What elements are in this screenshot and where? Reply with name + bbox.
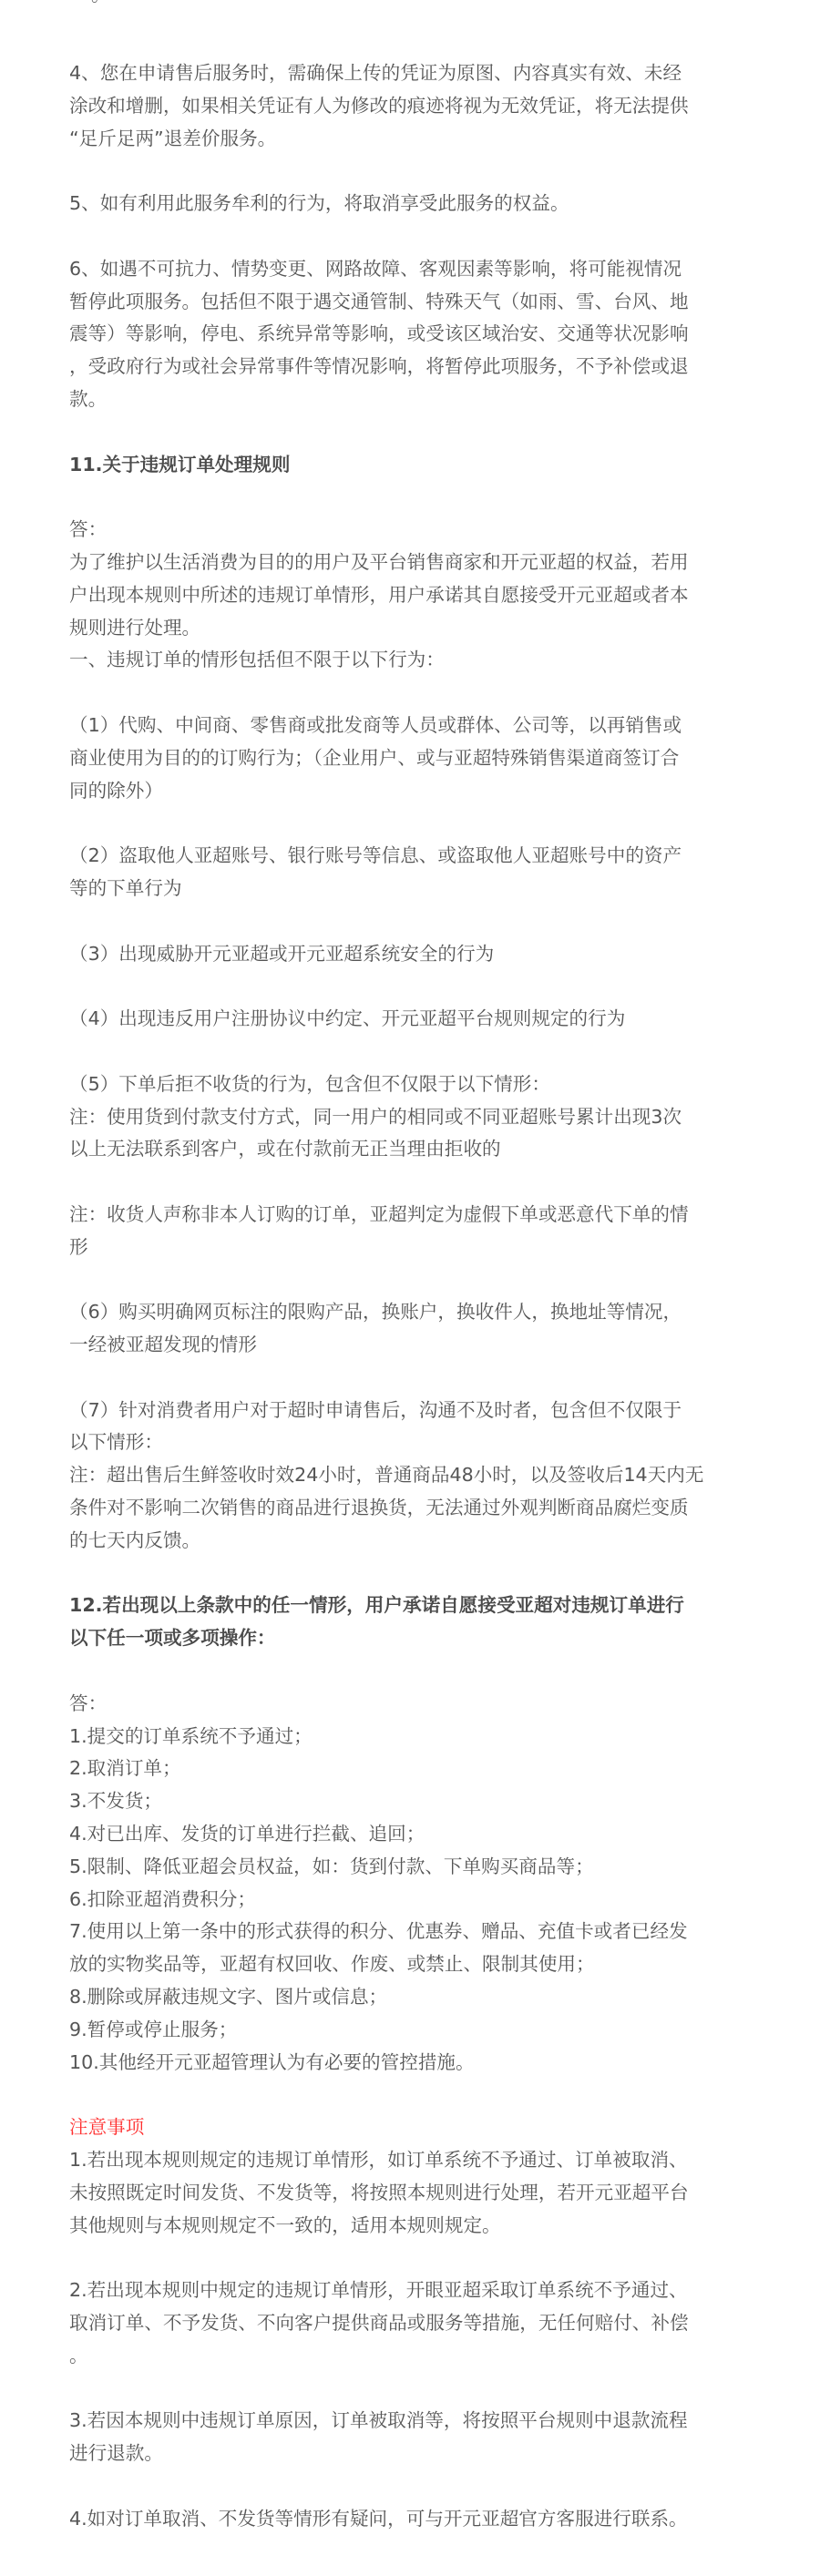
paragraph-line: 8.删除或屏蔽违规文字、图片或信息；: [69, 1981, 762, 2014]
notice-heading: 注意事项: [69, 2111, 762, 2144]
section-heading: 以下任一项或多项操作：: [69, 1622, 762, 1655]
paragraph-line: （5）下单后拒不收货的行为，包含但不仅限于以下情形：: [69, 1068, 762, 1101]
paragraph-line: 一经被亚超发现的情形: [69, 1329, 762, 1362]
blank-line: [69, 416, 762, 449]
blank-line: [69, 1166, 762, 1199]
blank-line: [69, 481, 762, 514]
paragraph-line: 。: [69, 2340, 762, 2373]
blank-line: [69, 2373, 762, 2406]
paragraph-line: 为了维护以生活消费为目的的用户及平台销售商家和开元亚超的权益，若用: [69, 547, 762, 579]
paragraph-line: 同的除外）: [69, 775, 762, 808]
paragraph-line: 款。: [69, 383, 762, 416]
section-heading: 12.若出现以上条款中的任一情形，用户承诺自愿接受亚超对违规订单进行: [69, 1590, 762, 1622]
blank-line: [69, 1263, 762, 1296]
paragraph-line: “足斤足两”退差价服务。: [69, 123, 762, 156]
paragraph-line: 等的下单行为: [69, 873, 762, 905]
paragraph-line: 其他规则与本规则规定不一致的，适用本规则规定。: [69, 2210, 762, 2243]
paragraph-line: 的七天内反馈。: [69, 1525, 762, 1558]
paragraph-line: 形: [69, 1232, 762, 1264]
paragraph-line: 4.对已出库、发货的订单进行拦截、追回；: [69, 1818, 762, 1851]
paragraph-line: 5、如有利用此服务牟利的行为，将取消享受此服务的权益。: [69, 188, 762, 220]
paragraph-line: 户出现本规则中所述的违规订单情形，用户承诺其自愿接受开元亚超或者本: [69, 579, 762, 612]
paragraph-line: 10.其他经开元亚超管理认为有必要的管控措施。: [69, 2047, 762, 2080]
paragraph-line: 7.使用以上第一条中的形式获得的积分、优惠券、赠品、充值卡或者已经发: [69, 1916, 762, 1948]
blank-line: [69, 677, 762, 710]
paragraph-line: 一、违规订单的情形包括但不限于以下行为：: [69, 644, 762, 677]
blank-line: [69, 905, 762, 938]
paragraph-line: 5.限制、降低亚超会员权益，如：货到付款、下单购买商品等；: [69, 1851, 762, 1884]
paragraph-line: 商业使用为目的的订购行为；（企业用户、或与亚超特殊销售渠道商签订合: [69, 742, 762, 775]
paragraph-line: 9.暂停或停止服务；: [69, 2014, 762, 2047]
paragraph-line: （3）出现威胁开元亚超或开元亚超系统安全的行为: [69, 938, 762, 971]
paragraph-line: ，受政府行为或社会异常事件等情况影响，将暂停此项服务，不予补偿或退: [69, 351, 762, 383]
paragraph-line: 进行退款。: [69, 2438, 762, 2470]
paragraph-line: （4）出现违反用户注册协议中约定、开元亚超平台规则规定的行为: [69, 1003, 762, 1036]
paragraph-line: 震等）等影响，停电、系统异常等影响，或受该区域治安、交通等状况影响: [69, 318, 762, 351]
paragraph-line: 取消订单、不予发货、不向客户提供商品或服务等措施，无任何赔付、补偿: [69, 2307, 762, 2340]
paragraph-line: 3.不发货；: [69, 1785, 762, 1818]
paragraph-line: 注：超出售后生鲜签收时效24小时，普通商品48小时，以及签收后14天内无: [69, 1459, 762, 1492]
paragraph-line: （7）针对消费者用户对于超时申请售后，沟通不及时者，包含但不仅限于: [69, 1395, 762, 1427]
paragraph-line: （6）购买明确网页标注的限购产品，换账户，换收件人，换地址等情况，: [69, 1296, 762, 1329]
blank-line: [69, 2242, 762, 2274]
blank-line: [69, 807, 762, 840]
blank-line: [69, 1655, 762, 1688]
section-heading: 11.关于违规订单处理规则: [69, 449, 762, 482]
paragraph-line: 暂停此项服务。包括但不限于遇交通管制、特殊天气（如雨、雪、台风、地: [69, 286, 762, 319]
paragraph-line: 涂改和增删，如果相关凭证有人为修改的痕迹将视为无效凭证，将无法提供: [69, 90, 762, 123]
paragraph-line: （1）代购、中间商、零售商或批发商等人员或群体、公司等，以再销售或: [69, 710, 762, 742]
paragraph-line: 1.若出现本规则规定的违规订单情形，如订单系统不予通过、订单被取消、: [69, 2144, 762, 2177]
paragraph-line: 3.若因本规则中违规订单原因，订单被取消等，将按照平台规则中退款流程: [69, 2405, 762, 2438]
blank-line: [69, 155, 762, 188]
paragraph-line: 规则进行处理。: [69, 612, 762, 645]
paragraph-line: 以上无法联系到客户，或在付款前无正当理由拒收的: [69, 1133, 762, 1166]
blank-line: [69, 970, 762, 1003]
paragraph-line: 2.取消订单；: [69, 1753, 762, 1785]
paragraph-line: 注：收货人声称非本人订购的订单，亚超判定为虚假下单或恶意代下单的情: [69, 1199, 762, 1232]
blank-line: [69, 1036, 762, 1068]
paragraph-line: 6.扣除亚超消费积分；: [69, 1884, 762, 1917]
paragraph-line: 答：: [69, 1688, 762, 1721]
paragraph-line: 条件对不影响二次销售的商品进行退换货，无法通过外观判断商品腐烂变质: [69, 1492, 762, 1525]
paragraph-line: 答：: [69, 514, 762, 547]
paragraph-line: 2.若出现本规则中规定的违规订单情形，开眼亚超采取订单系统不予通过、: [69, 2274, 762, 2307]
paragraph-line: （2）盗取他人亚超账号、银行账号等信息、或盗取他人亚超账号中的资产: [69, 840, 762, 873]
paragraph-line: 4.如对订单取消、不发货等情形有疑问，可与开元亚超官方客服进行联系。: [69, 2503, 762, 2536]
blank-line: [69, 1362, 762, 1395]
paragraph-line: 6、如遇不可抗力、情势变更、网路故障、客观因素等影响，将可能视情况: [69, 253, 762, 286]
blank-line: [69, 1558, 762, 1590]
blank-line: [69, 220, 762, 253]
clipped-previous-line: 。: [91, 0, 110, 4]
blank-line: [69, 2470, 762, 2503]
paragraph-line: 注：使用货到付款支付方式，同一用户的相同或不同亚超账号累计出现3次: [69, 1101, 762, 1134]
paragraph-line: 以下情形：: [69, 1426, 762, 1459]
paragraph-line: 未按照既定时间发货、不发货等，将按照本规则进行处理，若开元亚超平台: [69, 2177, 762, 2210]
paragraph-line: 4、您在申请售后服务时，需确保上传的凭证为原图、内容真实有效、未经: [69, 57, 762, 90]
rules-document: 4、您在申请售后服务时，需确保上传的凭证为原图、内容真实有效、未经涂改和增删，如…: [69, 57, 762, 2536]
paragraph-line: 1.提交的订单系统不予通过；: [69, 1721, 762, 1753]
blank-line: [69, 2079, 762, 2111]
paragraph-line: 放的实物奖品等，亚超有权回收、作废、或禁止、限制其使用；: [69, 1948, 762, 1981]
